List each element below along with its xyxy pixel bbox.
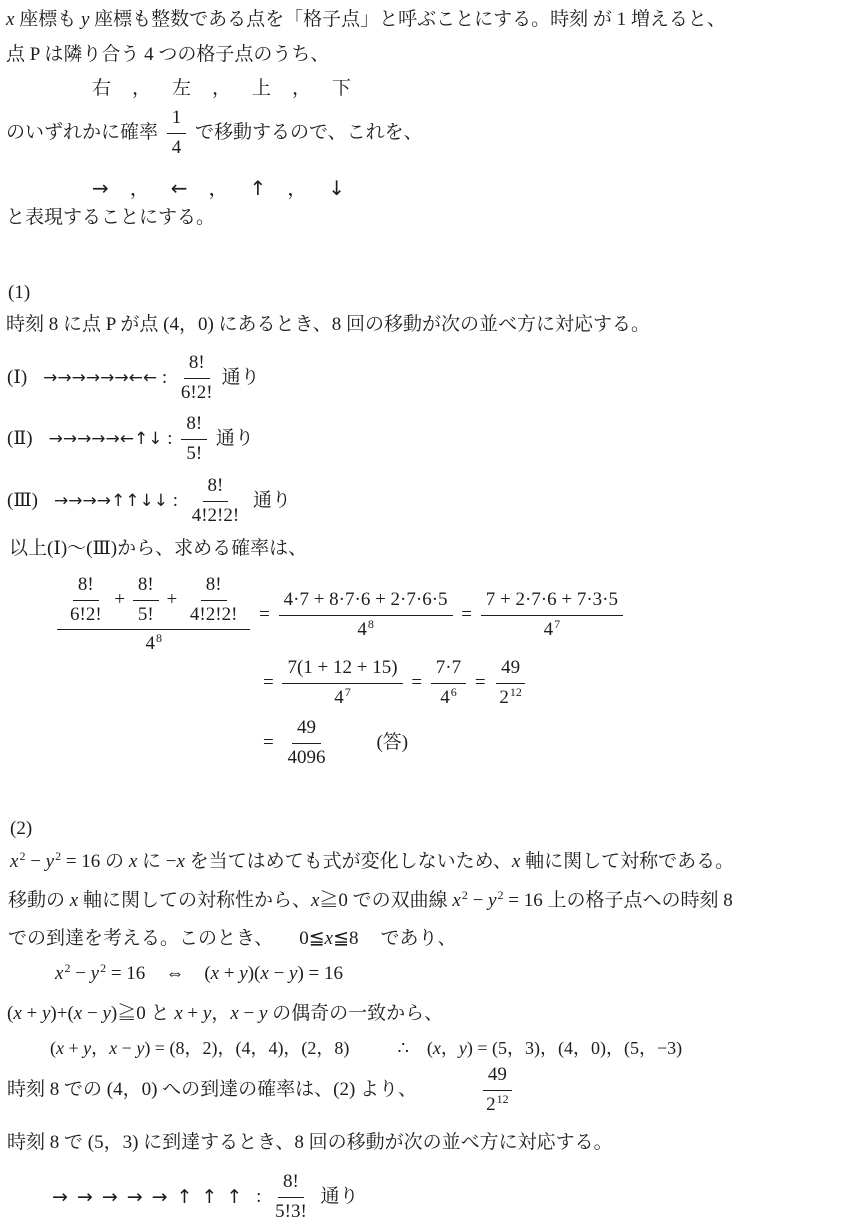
text-run: ∴ bbox=[397, 1033, 408, 1063]
text-run: に − bbox=[137, 847, 176, 877]
text-run: 8! bbox=[189, 351, 205, 376]
text-run: ≦8 bbox=[333, 924, 358, 954]
text-run: (Ⅰ) bbox=[7, 363, 27, 393]
text-run: ) = 16 bbox=[297, 959, 343, 989]
math-fraction: 7 + 2·7·6 + 7·3·547 bbox=[481, 588, 623, 642]
text-run: での到達を考える。このとき、 bbox=[8, 924, 273, 954]
fraction-numerator: 7·7 bbox=[431, 656, 466, 684]
power-exponent: 8 bbox=[156, 631, 162, 645]
power-exponent: 12 bbox=[510, 685, 522, 699]
fraction-denominator: 5! bbox=[133, 601, 159, 628]
text-run: − bbox=[468, 886, 488, 916]
text-run: (Ⅱ) bbox=[7, 424, 33, 454]
text-run: + bbox=[219, 959, 239, 989]
text-run: + bbox=[183, 999, 203, 1029]
text-run: 通り bbox=[248, 486, 291, 516]
fraction-numerator: 49 bbox=[483, 1063, 512, 1091]
text-run: = bbox=[407, 668, 427, 698]
math-variable: y bbox=[81, 5, 89, 35]
math-variable: x bbox=[174, 999, 182, 1029]
text-run: 8! bbox=[78, 573, 94, 598]
power-exponent: 12 bbox=[497, 1092, 509, 1106]
fraction-denominator: 47 bbox=[329, 684, 356, 711]
math-variable: y bbox=[102, 999, 110, 1029]
math-fraction: 4·7 + 8·7·6 + 2·7·6·548 bbox=[279, 588, 453, 642]
text-run: = bbox=[457, 600, 477, 630]
spacer bbox=[273, 939, 299, 940]
symmetry-line-1: x2 − y2 = 16 の x に −x を当てはめても式が変化しないため、x… bbox=[10, 847, 734, 877]
math-power: 212 bbox=[486, 1093, 509, 1118]
equation-line-3: = 494096(答) bbox=[263, 716, 408, 770]
symmetry-line-2: 移動の x 軸に関しての対称性から、x≧0 での双曲線 x2 − y2 = 16… bbox=[8, 886, 733, 916]
text-run: ≧0 での双曲線 bbox=[319, 886, 452, 916]
math-variable: x bbox=[129, 847, 137, 877]
text-run: (2) bbox=[10, 814, 32, 844]
text-run: 4!2!2! bbox=[190, 603, 237, 628]
text-run: = 16 bbox=[106, 959, 145, 989]
math-variable: y bbox=[459, 1033, 467, 1063]
power-base: 4 bbox=[544, 619, 554, 640]
text-run: 1 bbox=[172, 106, 182, 131]
text-run: ， bbox=[91, 1033, 109, 1063]
factored-equation-line: x2 − y2 = 16⇔(x + y)(x − y) = 16 bbox=[55, 959, 343, 989]
text-run: 49 bbox=[488, 1063, 507, 1088]
text-run: 軸に関しての対称性から、 bbox=[78, 886, 311, 916]
fraction-denominator: 212 bbox=[494, 684, 527, 711]
math-variable: x bbox=[70, 886, 78, 916]
text-run: 8! bbox=[206, 573, 222, 598]
text-run: 6!2! bbox=[70, 603, 102, 628]
text-run: 座標も整数である点を「格子点」と呼ぶことにする。時刻 が 1 増えると、 bbox=[89, 5, 726, 35]
power-base: 2 bbox=[486, 1094, 496, 1115]
fraction-numerator: 1 bbox=[167, 106, 187, 134]
power-base: 4 bbox=[145, 633, 155, 654]
math-fraction: 49212 bbox=[494, 656, 527, 710]
math-fraction: 7(1 + 12 + 15)47 bbox=[282, 656, 402, 710]
math-power: x2 bbox=[10, 847, 25, 877]
math-variable: y bbox=[203, 999, 211, 1029]
math-variable: x bbox=[74, 999, 82, 1029]
math-power: 48 bbox=[357, 618, 374, 643]
math-variable: x bbox=[6, 5, 14, 35]
reach-5-3-line: 時刻 8 で (5，3) に到達するとき、8 回の移動が次の並べ方に対応する。 bbox=[7, 1128, 613, 1158]
power-exponent: 6 bbox=[451, 685, 457, 699]
text-run: (1) bbox=[8, 278, 30, 308]
fraction-numerator: 8! bbox=[278, 1170, 304, 1198]
text-run: − bbox=[239, 999, 259, 1029]
fraction-numerator: 7(1 + 12 + 15) bbox=[282, 656, 402, 684]
text-run: 6!2! bbox=[181, 381, 213, 406]
text-run: 4!2!2! bbox=[192, 504, 239, 529]
fraction-denominator: 48 bbox=[140, 630, 167, 657]
section-1-summary: 以上(Ⅰ)～(Ⅲ)から、求める確率は、 bbox=[9, 534, 307, 564]
move-arrows: →→→→↑↑↓↓ bbox=[54, 486, 168, 516]
intro-line-3: と表現することにする。 bbox=[6, 203, 215, 233]
text-run: : bbox=[251, 1182, 266, 1212]
probability-line: のいずれかに確率 14 で移動するので、これを、 bbox=[6, 106, 423, 160]
power-base: 4 bbox=[357, 619, 367, 640]
fraction-denominator: 5!3! bbox=[270, 1198, 312, 1225]
text-run: )( bbox=[248, 959, 261, 989]
text-run: 8! bbox=[186, 412, 202, 437]
text-run: 通り bbox=[222, 363, 260, 393]
fraction-denominator: 4!2!2! bbox=[187, 502, 244, 529]
text-run: ) = (8，2)，(4，4)，(2，8) bbox=[144, 1033, 349, 1063]
power-base: 4 bbox=[334, 687, 344, 708]
text-run: = bbox=[254, 600, 274, 630]
section-2-case-line: →→→→→↑↑↑ : 8!5!3! 通り bbox=[52, 1170, 359, 1224]
math-power: y2 bbox=[46, 847, 61, 877]
intro-line-1: x 座標も y 座標も整数である点を「格子点」と呼ぶことにする。時刻 が 1 増… bbox=[6, 5, 726, 35]
math-variable: x bbox=[325, 924, 333, 954]
math-fraction: 14 bbox=[167, 106, 187, 160]
text-run: 7(1 + 12 + 15) bbox=[287, 656, 397, 681]
fraction-numerator: 8! bbox=[181, 412, 207, 440]
math-variable: x bbox=[512, 847, 520, 877]
text-run: ) = (5，3)，(4，0)，(5，−3) bbox=[467, 1033, 682, 1063]
text-run: )≧0 と bbox=[111, 999, 174, 1029]
text-run: 0≦ bbox=[299, 924, 324, 954]
text-run: 時刻 8 で (5，3) に到達するとき、8 回の移動が次の並べ方に対応する。 bbox=[7, 1128, 613, 1158]
math-power: 48 bbox=[145, 632, 162, 657]
text-run: − bbox=[269, 959, 289, 989]
text-run: + bbox=[110, 588, 130, 613]
power-base: y bbox=[46, 851, 54, 872]
text-run: 時刻 8 に点 P が点 (4，0) にあるとき、8 回の移動が次の並べ方に対応… bbox=[6, 310, 650, 340]
text-run: 以上(Ⅰ)～(Ⅲ)から、求める確率は、 bbox=[9, 534, 307, 564]
intro-line-2: 点 P は隣り合う 4 つの格子点のうち、 bbox=[6, 40, 329, 70]
text-run: 8! bbox=[138, 573, 154, 598]
fraction-numerator: 49 bbox=[496, 656, 525, 684]
spacer bbox=[334, 743, 376, 744]
move-arrows: →→→→→↑↑↑ bbox=[52, 1182, 251, 1212]
text-run: = 16 の bbox=[61, 847, 129, 877]
section-2-heading: (2) bbox=[10, 814, 32, 844]
text-run: (Ⅲ) bbox=[7, 486, 38, 516]
math-variable: x bbox=[176, 847, 184, 877]
fraction-denominator: 4!2!2! bbox=[185, 601, 242, 628]
math-fraction: 8!5! bbox=[181, 412, 207, 466]
text-run: = bbox=[263, 728, 278, 758]
text-run: で移動するので、これを、 bbox=[190, 118, 422, 148]
power-base: 2 bbox=[499, 687, 509, 708]
text-run: 5!3! bbox=[275, 1200, 307, 1225]
math-variable: y bbox=[239, 959, 247, 989]
text-run: − bbox=[82, 999, 102, 1029]
fraction-numerator: 8! bbox=[201, 573, 227, 601]
math-power: y2 bbox=[488, 886, 503, 916]
text-run: と表現することにする。 bbox=[6, 203, 215, 233]
math-fraction: 7·746 bbox=[431, 656, 466, 710]
math-power: 47 bbox=[334, 686, 351, 711]
math-variable: x bbox=[311, 886, 319, 916]
text-run: 5! bbox=[138, 603, 154, 628]
section-1-heading: (1) bbox=[8, 278, 30, 308]
power-base: x bbox=[55, 963, 63, 984]
fraction-denominator: 46 bbox=[435, 684, 462, 711]
text-run: 右，左，上，下 bbox=[92, 74, 372, 104]
spacer bbox=[33, 439, 49, 440]
math-variable: x bbox=[230, 999, 238, 1029]
text-run: − bbox=[70, 959, 90, 989]
text-run: 8! bbox=[283, 1170, 299, 1195]
math-variable: y bbox=[289, 959, 297, 989]
spacer bbox=[409, 1048, 427, 1049]
fraction-denominator: 47 bbox=[539, 616, 566, 643]
text-run: = bbox=[470, 668, 490, 698]
text-run: 4·7 + 8·7·6 + 2·7·6·5 bbox=[284, 588, 448, 613]
power-exponent: 7 bbox=[554, 617, 560, 631]
text-run: 5! bbox=[186, 442, 202, 467]
text-run: (答) bbox=[376, 728, 408, 758]
text-run: 4096 bbox=[287, 746, 325, 771]
power-base: 4 bbox=[440, 687, 450, 708]
math-fraction: 8!6!2! + 8!5! + 8!4!2!2!48 bbox=[57, 573, 250, 657]
fraction-numerator: 7 + 2·7·6 + 7·3·5 bbox=[481, 588, 623, 616]
power-base: y bbox=[91, 963, 99, 984]
text-run: 時刻 8 での (4，0) への到達の確率は、(2) より、 bbox=[7, 1075, 417, 1105]
fraction-numerator: 4·7 + 8·7·6 + 2·7·6·5 bbox=[279, 588, 453, 616]
fraction-denominator: 212 bbox=[481, 1091, 514, 1118]
math-fraction: 8!5! bbox=[133, 573, 159, 627]
math-fraction: 8!4!2!2! bbox=[185, 573, 242, 627]
parity-line: (x + y)+(x − y)≧0 と x + y，x − y の偶奇の一致から… bbox=[7, 999, 443, 1029]
math-power: 46 bbox=[440, 686, 457, 711]
text-run: ⇔ bbox=[165, 959, 184, 989]
power-exponent: 8 bbox=[368, 617, 374, 631]
math-variable: x bbox=[109, 1033, 117, 1063]
math-power: x2 bbox=[452, 886, 467, 916]
text-run: − bbox=[25, 847, 45, 877]
spacer bbox=[27, 378, 43, 379]
text-run: 8! bbox=[208, 474, 224, 499]
fraction-numerator: 8! bbox=[184, 351, 210, 379]
spacer bbox=[349, 1048, 397, 1049]
math-variable: x bbox=[260, 959, 268, 989]
spacer bbox=[417, 1090, 477, 1091]
text-run: 通り bbox=[211, 424, 254, 454]
math-fraction: 8!5!3! bbox=[270, 1170, 312, 1224]
text-run: + bbox=[162, 588, 182, 613]
equation-line-2: = 7(1 + 12 + 15)47 = 7·746 = 49212 bbox=[263, 656, 531, 710]
math-fraction: 494096 bbox=[282, 716, 330, 770]
fraction-numerator: 49 bbox=[292, 716, 321, 744]
text-run: = 16 上の格子点への時刻 8 bbox=[504, 886, 733, 916]
power-base: y bbox=[488, 890, 496, 911]
math-fraction: 8!4!2!2! bbox=[187, 474, 244, 528]
arrow-symbols-line: →，←，↑，↓ bbox=[92, 173, 366, 203]
math-variable: x bbox=[211, 959, 219, 989]
fraction-numerator: 8! bbox=[133, 573, 159, 601]
math-variable: y bbox=[259, 999, 267, 1029]
probability-4-0-line: 時刻 8 での (4，0) への到達の確率は、(2) より、49212 bbox=[7, 1063, 518, 1117]
math-power: x2 bbox=[55, 959, 70, 989]
text-run: ， bbox=[441, 1033, 459, 1063]
case-iii-line: (Ⅲ)→→→→↑↑↓↓ : 8!4!2!2! 通り bbox=[7, 474, 291, 528]
math-fraction: 8!6!2! bbox=[65, 573, 107, 627]
text-run: であり、 bbox=[381, 924, 457, 954]
math-fraction: 49212 bbox=[481, 1063, 514, 1117]
equation-line-1: 8!6!2! + 8!5! + 8!4!2!2!48 = 4·7 + 8·7·6… bbox=[53, 573, 627, 657]
text-run: のいずれかに確率 bbox=[6, 118, 163, 148]
solutions-line: (x + y，x − y) = (8，2)，(4，4)，(2，8)∴(x，y) … bbox=[50, 1033, 682, 1063]
text-run: : bbox=[163, 424, 178, 454]
fraction-denominator: 6!2! bbox=[65, 601, 107, 628]
section-1-intro: 時刻 8 に点 P が点 (4，0) にあるとき、8 回の移動が次の並べ方に対応… bbox=[6, 310, 650, 340]
fraction-denominator: 48 bbox=[352, 616, 379, 643]
text-run: : bbox=[157, 363, 172, 393]
move-arrows: →→→→→→←← bbox=[43, 363, 157, 393]
spacer bbox=[359, 939, 381, 940]
text-run: 49 bbox=[501, 656, 520, 681]
text-run: 7 + 2·7·6 + 7·3·5 bbox=[486, 588, 618, 613]
fraction-denominator: 6!2! bbox=[176, 379, 218, 406]
spacer bbox=[38, 501, 54, 502]
text-run: を当てはめても式が変化しないため、 bbox=[185, 847, 512, 877]
text-run: 座標も bbox=[14, 5, 81, 35]
text-run: 7·7 bbox=[436, 656, 461, 681]
text-run: ， bbox=[211, 999, 230, 1029]
text-run: 点 P は隣り合う 4 つの格子点のうち、 bbox=[6, 40, 329, 70]
power-base: x bbox=[10, 851, 18, 872]
text-run: 軸に関して対称である。 bbox=[520, 847, 734, 877]
power-exponent: 7 bbox=[345, 685, 351, 699]
math-solution-document: x 座標も y 座標も整数である点を「格子点」と呼ぶことにする。時刻 が 1 増… bbox=[0, 0, 845, 1230]
math-variable: y bbox=[83, 1033, 91, 1063]
text-run: : bbox=[168, 486, 183, 516]
math-variable: x bbox=[433, 1033, 441, 1063]
symmetry-line-3: での到達を考える。このとき、0≦x≦8であり、 bbox=[8, 924, 457, 954]
text-run: 移動の bbox=[8, 886, 70, 916]
math-variable: x bbox=[13, 999, 21, 1029]
text-run: + bbox=[22, 999, 42, 1029]
math-variable: y bbox=[42, 999, 50, 1029]
math-variable: x bbox=[56, 1033, 64, 1063]
text-run: 通り bbox=[316, 1182, 359, 1212]
math-power: y2 bbox=[91, 959, 106, 989]
text-run: 4 bbox=[172, 136, 182, 161]
text-run: 49 bbox=[297, 716, 316, 741]
math-power: 212 bbox=[499, 686, 522, 711]
fraction-numerator: 8!6!2! + 8!5! + 8!4!2!2! bbox=[57, 573, 250, 630]
power-base: x bbox=[452, 890, 460, 911]
math-power: 47 bbox=[544, 618, 561, 643]
text-run: + bbox=[64, 1033, 83, 1063]
move-arrows: →，←，↑，↓ bbox=[92, 173, 366, 203]
fraction-denominator: 5! bbox=[181, 440, 207, 467]
text-run: = bbox=[263, 668, 278, 698]
math-fraction: 8!6!2! bbox=[176, 351, 218, 405]
direction-words-line: 右，左，上，下 bbox=[92, 74, 372, 104]
text-run: )+( bbox=[50, 999, 73, 1029]
move-arrows: →→→→→←↑↓ bbox=[49, 424, 163, 454]
spacer bbox=[184, 974, 204, 975]
spacer bbox=[145, 974, 165, 975]
fraction-numerator: 8! bbox=[73, 573, 99, 601]
case-ii-line: (Ⅱ)→→→→→←↑↓ : 8!5! 通り bbox=[7, 412, 254, 466]
text-run: の偶奇の一致から、 bbox=[267, 999, 443, 1029]
math-variable: y bbox=[136, 1033, 144, 1063]
case-i-line: (Ⅰ)→→→→→→←← : 8!6!2!通り bbox=[7, 351, 260, 405]
fraction-numerator: 8! bbox=[203, 474, 229, 502]
fraction-denominator: 4096 bbox=[282, 744, 330, 771]
text-run: − bbox=[117, 1033, 136, 1063]
fraction-denominator: 4 bbox=[167, 134, 187, 161]
